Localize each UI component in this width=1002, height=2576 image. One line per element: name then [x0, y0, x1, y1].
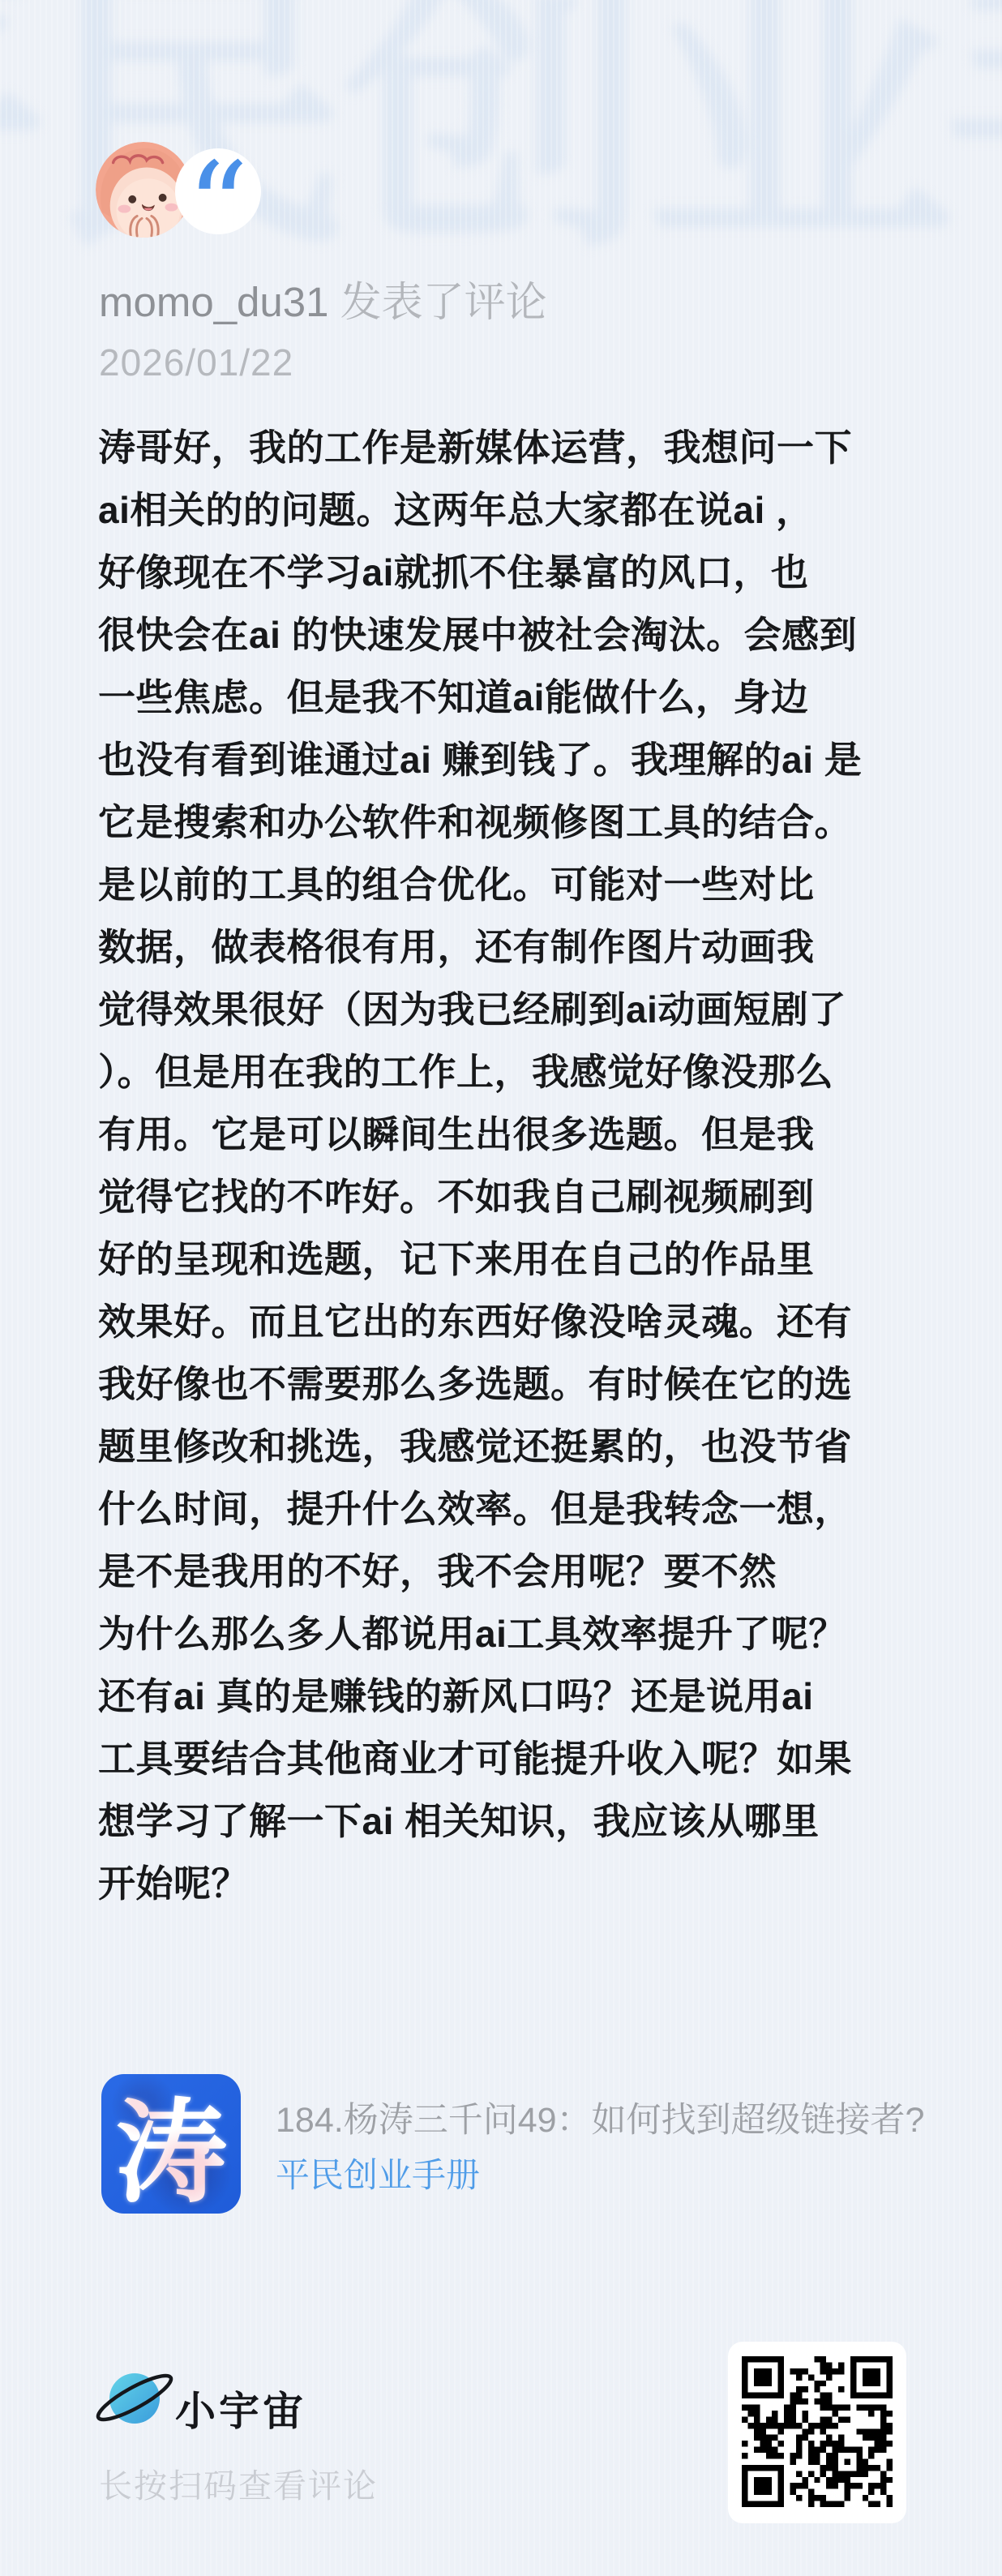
xiaoyuzhou-logo-icon — [92, 2364, 176, 2432]
scan-caption: 长按扫码查看评论 — [99, 2459, 378, 2507]
episode-title: 184.杨涛三千问49：如何找到超级链接者? — [276, 2100, 932, 2141]
quote-bubble: “ — [175, 148, 261, 234]
comment-text: 涛哥好，我的工作是新媒体运营，我想问一下 ai相关的的问题。这两年总大家都在说a… — [98, 417, 945, 1915]
byline-action: 发表了评论 — [329, 279, 547, 325]
episode-cover-tint — [101, 2074, 241, 2214]
podcast-name[interactable]: 平民创业手册 — [276, 2155, 480, 2196]
qr-code — [742, 2356, 893, 2507]
byline: momo_du31 发表了评论 — [99, 280, 547, 325]
share-card: 平民创业手册 “ momo_du31 发表了评论 2026/01/22 涛哥好，… — [0, 0, 1002, 2576]
comment-date: 2026/01/22 — [99, 341, 293, 384]
quote-icon: “ — [186, 147, 249, 268]
episode-card[interactable]: 涛 184.杨涛三千问49：如何找到超级链接者? 平民创业手册 — [101, 2074, 928, 2215]
qr-card — [728, 2342, 906, 2523]
username: momo_du31 — [99, 279, 329, 325]
episode-cover: 涛 — [101, 2074, 241, 2214]
brand-name: 小宇宙 — [175, 2379, 306, 2437]
